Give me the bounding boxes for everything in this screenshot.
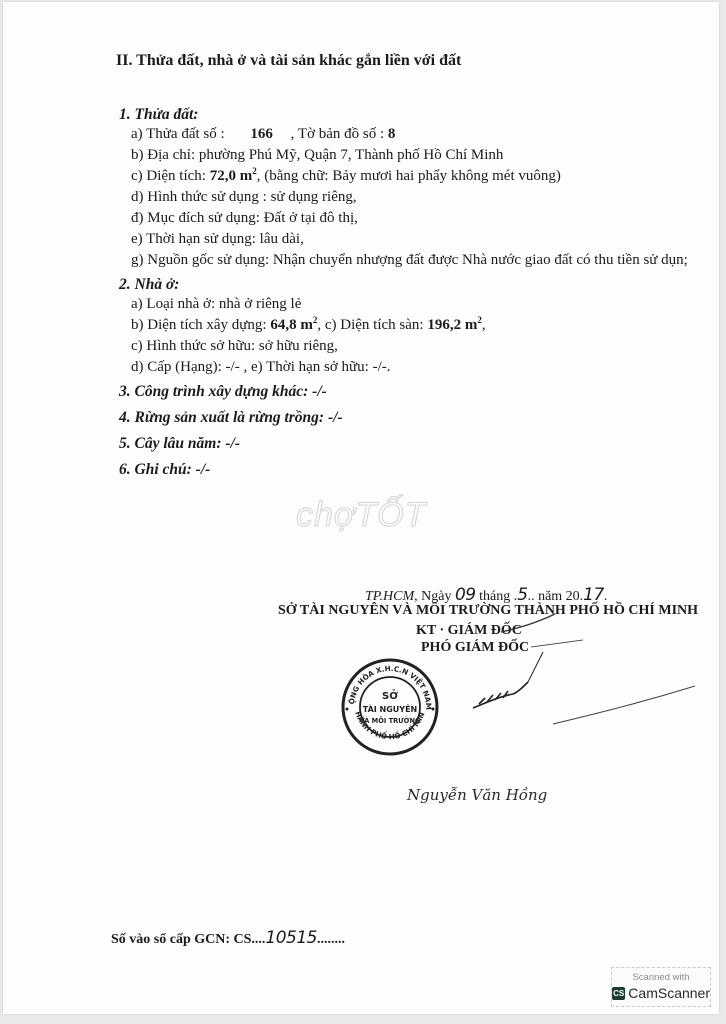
map-sheet-label: , Tờ bản đồ số : — [291, 126, 385, 142]
house-grade-term: d) Cấp (Hạng): -/- , e) Thời hạn sở hữu:… — [131, 359, 391, 376]
area-in-words: , (bằng chữ: Bảy mươi hai phẩy không mét… — [257, 168, 561, 184]
land-heading: 1. Thửa đất: — [119, 106, 198, 124]
construction-area-label: b) Diện tích xây dựng: — [131, 317, 267, 333]
certificate-registry: Số vào sổ cấp GCN: CS....10515........ — [111, 928, 345, 948]
land-use-form: d) Hình thức sử dụng : sử dụng riêng, — [131, 189, 357, 206]
camscanner-badge: Scanned with CS CamScanner — [611, 967, 711, 1007]
land-area-line: c) Diện tích: 72,0 m2, (bằng chữ: Bảy mư… — [131, 168, 561, 185]
signer-name: Nguyễn Văn Hồng — [407, 786, 547, 804]
notes: 6. Ghi chú: -/- — [119, 461, 210, 479]
house-type: a) Loại nhà ở: nhà ở riêng lẻ — [131, 296, 301, 313]
camscanner-logo-icon: CS — [612, 987, 625, 1000]
section-title: II. Thửa đất, nhà ở và tài sản khác gắn … — [116, 52, 461, 70]
parcel-number: 166 — [250, 126, 273, 142]
construction-area-value: 64,8 m2 — [270, 317, 317, 333]
production-forest: 4. Rừng sản xuất là rừng trồng: -/- — [119, 409, 343, 427]
svg-text:TÀI NGUYÊN: TÀI NGUYÊN — [363, 703, 418, 714]
camscanner-name: CamScanner — [628, 985, 710, 1001]
floor-area-value: 196,2 m2 — [427, 317, 482, 333]
land-address: b) Địa chỉ: phường Phú Mỹ, Quận 7, Thành… — [131, 147, 503, 164]
house-area-line: b) Diện tích xây dựng: 64,8 m2, c) Diện … — [131, 317, 486, 334]
scanned-with-label: Scanned with — [612, 972, 710, 983]
perennial-trees: 5. Cây lâu năm: -/- — [119, 435, 240, 453]
svg-text:SỞ: SỞ — [382, 688, 398, 702]
parcel-label: a) Thửa đất số : — [131, 126, 225, 142]
signature-scribble-icon — [443, 612, 713, 732]
official-seal-icon: CỘNG HÒA X.H.C.N VIỆT NAM THÀNH PHỐ HỒ C… — [340, 657, 440, 757]
other-construction: 3. Công trình xây dựng khác: -/- — [119, 383, 327, 401]
land-origin: g) Nguồn gốc sử dụng: Nhận chuyển nhượng… — [131, 252, 688, 269]
place-date: TP.HCM, Ngày 09 tháng .5.. năm 20.17. — [365, 585, 607, 605]
handwritten-day: 09 — [455, 585, 476, 605]
land-parcel-line: a) Thửa đất số : 166 , Tờ bản đồ số : 8 — [131, 126, 395, 143]
land-use-term: e) Thời hạn sử dụng: lâu dài, — [131, 231, 304, 248]
land-use-purpose: đ) Mục đích sử dụng: Đất ở tại đô thị, — [131, 210, 358, 227]
area-value: 72,0 m2 — [210, 168, 257, 184]
registry-label: Số vào sổ cấp GCN: CS — [111, 932, 251, 947]
svg-text:VÀ MÔI TRƯỜNG: VÀ MÔI TRƯỜNG — [360, 716, 421, 725]
house-ownership: c) Hình thức sở hữu: sở hữu riêng, — [131, 338, 338, 355]
registry-number: 10515 — [265, 928, 317, 948]
chotot-watermark: chợTỐT — [296, 496, 426, 535]
handwritten-month: 5 — [517, 585, 527, 605]
handwritten-year: 17 — [583, 585, 604, 605]
area-label: c) Diện tích: — [131, 168, 206, 184]
floor-area-label: , c) Diện tích sàn: — [317, 317, 423, 333]
document-page: II. Thửa đất, nhà ở và tài sản khác gắn … — [3, 2, 719, 1014]
house-heading: 2. Nhà ở: — [119, 276, 179, 294]
map-sheet-number: 8 — [388, 126, 396, 142]
